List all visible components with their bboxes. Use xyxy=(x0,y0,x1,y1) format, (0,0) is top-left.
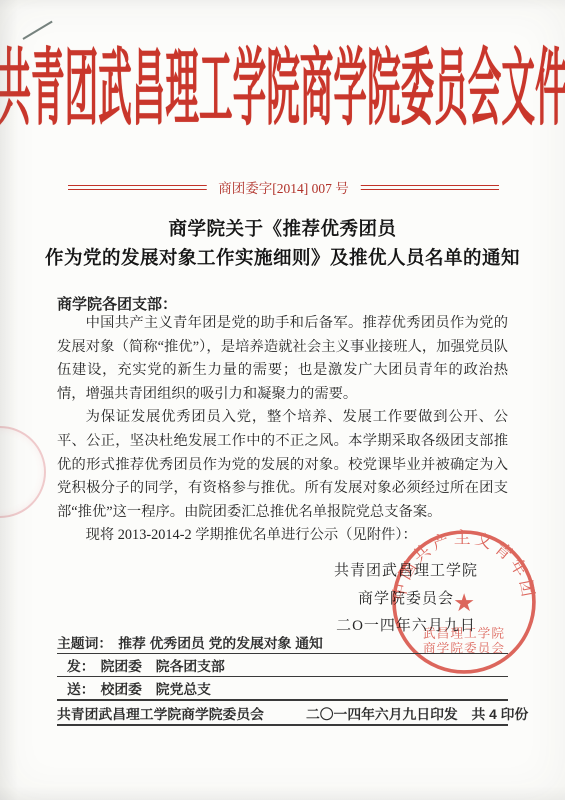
paragraph-3: 现将 2013-2014-2 学期推优名单进行公示（见附件）： xyxy=(57,524,508,548)
send-row: 送： 校团委 院党总支 xyxy=(57,677,508,701)
keywords-label: 主题词： xyxy=(57,632,112,652)
cc-row: 发： 院团委 院各团支部 xyxy=(57,654,508,677)
printer-name: 共青团武昌理工学院商学院委员会 xyxy=(57,703,264,723)
paragraph-2: 为保证发展优秀团员入党，整个培养、发展工作要做到公开、公平、公正，坚决杜绝发展工… xyxy=(57,406,508,524)
signature-block: 共青团武昌理工学院 商学院委员会 二O一四年六月九日 xyxy=(325,558,487,641)
doc-number: 商团委字[2014] 007 号 xyxy=(206,177,361,197)
cc-label: 发： xyxy=(67,655,95,675)
send-label: 送： xyxy=(67,678,95,698)
print-info: 二〇一四年六月九日印发 共 4 印份 xyxy=(306,703,528,723)
signature-org-line2: 商学院委员会 xyxy=(325,586,487,614)
masthead-title: 共青团武昌理工学院商学院委员会文件 xyxy=(0,48,565,132)
footer: 主题词： 推荐 优秀团员 党的发展对象 通知 发： 院团委 院各团支部 送： 校… xyxy=(57,630,508,726)
notice-title: 商学院关于《推荐优秀团员 作为党的发展对象工作实施细则》及推优人员名单的通知 xyxy=(30,216,535,274)
keywords-row: 主题词： 推荐 优秀团员 党的发展对象 通知 xyxy=(57,630,508,654)
notice-title-line1: 商学院关于《推荐优秀团员 xyxy=(30,216,535,245)
print-row: 共青团武昌理工学院商学院委员会 二〇一四年六月九日印发 共 4 印份 xyxy=(57,701,508,726)
cc-value: 院团委 院各团支部 xyxy=(101,655,225,675)
doc-number-rule: 商团委字[2014] 007 号 xyxy=(68,176,499,196)
body-text: 中国共产主义青年团是党的助手和后备军。推荐优秀团员作为党的发展对象（简称“推优”… xyxy=(57,312,508,548)
salutation: 商学院各团支部： xyxy=(57,293,177,314)
partial-edge-stamp xyxy=(0,426,46,518)
staple-mark xyxy=(22,21,52,40)
keywords-value: 推荐 优秀团员 党的发展对象 通知 xyxy=(118,632,323,652)
notice-title-line2: 作为党的发展对象工作实施细则》及推优人员名单的通知 xyxy=(30,245,535,274)
masthead: 共青团武昌理工学院商学院委员会文件 xyxy=(0,42,565,138)
paragraph-1: 中国共产主义青年团是党的助手和后备军。推荐优秀团员作为党的发展对象（简称“推优”… xyxy=(57,312,508,406)
send-value: 校团委 院党总支 xyxy=(101,678,211,698)
signature-org-line1: 共青团武昌理工学院 xyxy=(325,558,487,586)
document-page: 共青团武昌理工学院商学院委员会文件 商团委字[2014] 007 号 商学院关于… xyxy=(0,0,565,800)
